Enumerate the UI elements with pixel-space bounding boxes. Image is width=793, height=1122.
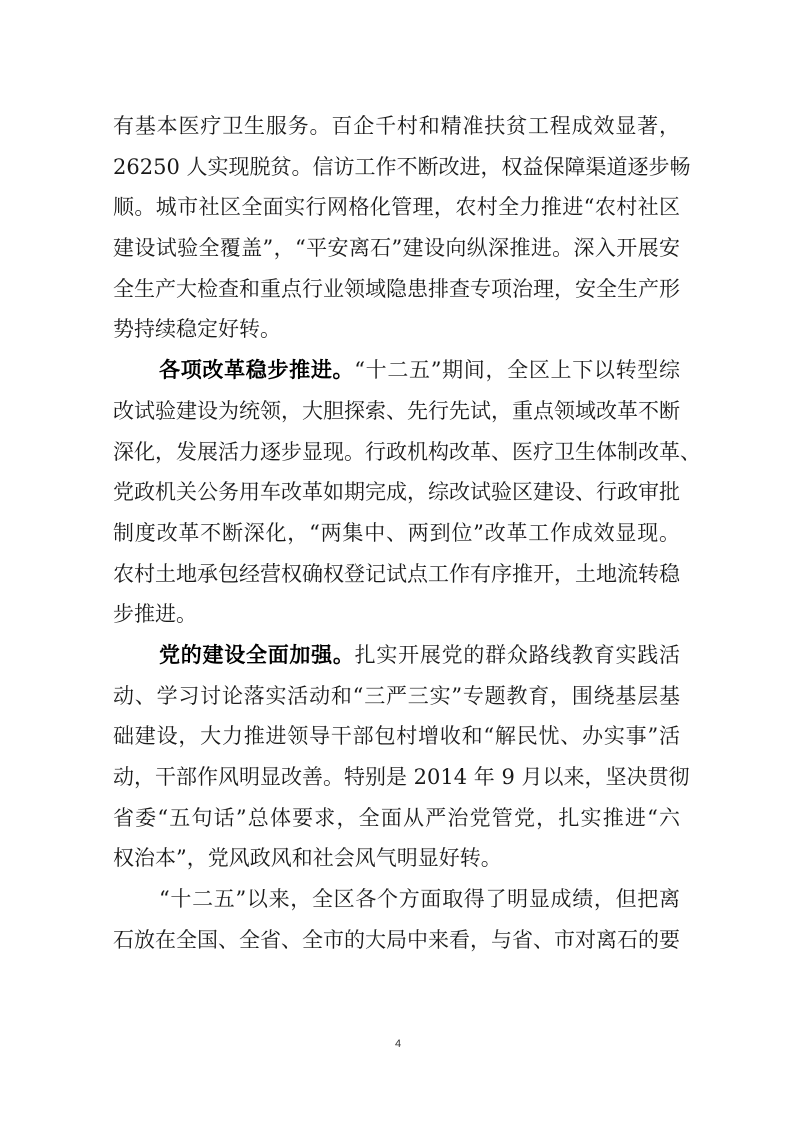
paragraph-1-line-1: 有基本医疗卫生服务。百企千村和精准扶贫工程成效显著， bbox=[113, 106, 680, 147]
paragraph-2-line-2: 改试验建设为统领，大胆探索、先行先试，重点领域改革不断 bbox=[113, 391, 680, 432]
paragraph-4-line-1: “十二五”以来，全区各个方面取得了明显成绩，但把离 bbox=[113, 879, 680, 920]
paragraph-2-line-4: 党政机关公务用车改革如期完成，综改试验区建设、行政审批 bbox=[113, 472, 680, 513]
paragraph-3-line-1: 党的建设全面加强。扎实开展党的群众路线教育实践活 bbox=[113, 635, 680, 676]
paragraph-2-line-3: 深化，发展活力逐步显现。行政机构改革、医疗卫生体制改革、 bbox=[113, 432, 680, 473]
paragraph-1-line-4: 建设试验全覆盖”，“平安离石”建设向纵深推进。深入开展安 bbox=[113, 228, 680, 269]
paragraph-3-line-2: 动、学习讨论落实活动和“三严三实”专题教育，围绕基层基 bbox=[113, 676, 680, 717]
paragraph-3-lead-heading: 党的建设全面加强。 bbox=[159, 642, 355, 667]
paragraph-2-line-5: 制度改革不断深化，“两集中、两到位”改革工作成效显现。 bbox=[113, 513, 680, 554]
document-page: 有基本医疗卫生服务。百企千村和精准扶贫工程成效显著， 26250 人实现脱贫。信… bbox=[0, 0, 793, 1122]
paragraph-3-line-1-text: 扎实开展党的群众路线教育实践活 bbox=[355, 643, 680, 667]
paragraph-3-line-4: 动，干部作风明显改善。特别是 2014 年 9 月以来，坚决贯彻 bbox=[113, 757, 680, 798]
body-text: 有基本医疗卫生服务。百企千村和精准扶贫工程成效显著， 26250 人实现脱贫。信… bbox=[113, 106, 680, 960]
page-number: 4 bbox=[390, 1038, 406, 1050]
paragraph-2-line-6: 农村土地承包经营权确权登记试点工作有序推开，土地流转稳 bbox=[113, 554, 680, 595]
paragraph-1-line-5: 全生产大检查和重点行业领域隐患排查专项治理，安全生产形 bbox=[113, 269, 680, 310]
paragraph-1-line-2: 26250 人实现脱贫。信访工作不断改进，权益保障渠道逐步畅 bbox=[113, 147, 680, 188]
paragraph-3-line-6: 权治本”，党风政风和社会风气明显好转。 bbox=[113, 838, 680, 879]
paragraph-4-line-2: 石放在全国、全省、全市的大局中来看，与省、市对离石的要 bbox=[113, 920, 680, 961]
paragraph-2-line-7: 步推进。 bbox=[113, 594, 680, 635]
paragraph-3-line-3: 础建设，大力推进领导干部包村增收和“解民忧、办实事”活 bbox=[113, 716, 680, 757]
paragraph-1-line-3: 顺。城市社区全面实行网格化管理，农村全力推进“农村社区 bbox=[113, 187, 680, 228]
paragraph-1-line-6: 势持续稳定好转。 bbox=[113, 309, 680, 350]
paragraph-2-line-1-text: “十二五”期间，全区上下以转型综 bbox=[354, 358, 680, 382]
paragraph-2-lead-heading: 各项改革稳步推进。 bbox=[159, 357, 354, 382]
paragraph-2-line-1: 各项改革稳步推进。“十二五”期间，全区上下以转型综 bbox=[113, 350, 680, 391]
paragraph-3-line-5: 省委“五句话”总体要求，全面从严治党管党，扎实推进“六 bbox=[113, 798, 680, 839]
